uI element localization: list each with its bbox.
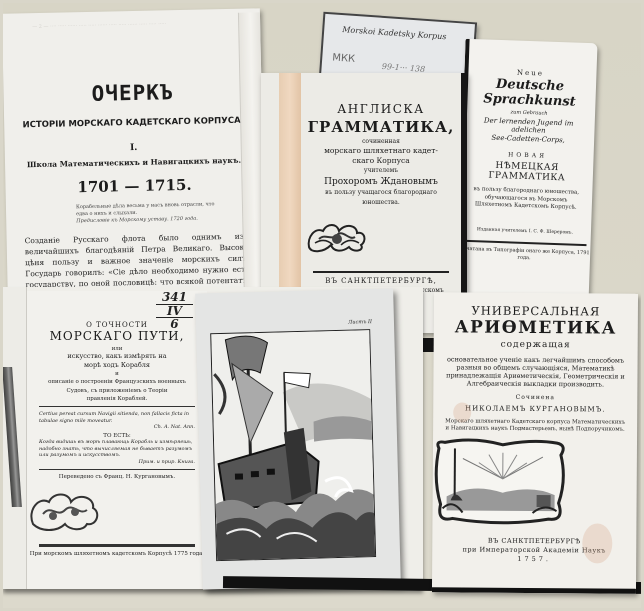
divider	[463, 240, 587, 246]
imprint: Печатана въ Типографіи онаго же Корпуса,…	[458, 245, 590, 264]
author-rank: Морскаго шляхетнаго Кадетскаго корпуса М…	[445, 418, 625, 434]
divider	[39, 406, 195, 407]
text-line: правленія Кораблей.	[27, 396, 207, 402]
text-line: Судовъ, съ приложеніемъ о Теоріи	[27, 388, 207, 394]
years: 1701 — 1715.	[5, 175, 263, 198]
handwriting: Morskoi Kadetsky Korpus	[342, 25, 447, 41]
shelf-mark: IV	[156, 305, 193, 319]
divider	[313, 271, 449, 273]
book-title: ОЧЕРКЪ	[3, 78, 261, 108]
title-main: МОРСКАГО ПУТИ,	[27, 330, 207, 344]
text-line: скаго Корпуса	[305, 157, 457, 166]
book-deutsche-sprachkunst: Neue Deutsche Sprachkunst zum Gebrauch D…	[456, 39, 597, 305]
sochinena: Сочинена	[433, 394, 637, 402]
russian-title: НѢМЕЦКАЯ ГРАММАТИКА	[461, 159, 594, 184]
shelf-mark: 341	[156, 291, 193, 305]
section-title: Школа Математическихъ и Навигацкихъ наук…	[5, 157, 263, 171]
book-title: Deutsche Sprachkunst	[463, 77, 596, 111]
book-ocherk-title-page: — 2 — ···· ····· ······ ····· ····· ····…	[3, 8, 266, 313]
description: основательное ученіе какъ легчайшимъ спо…	[445, 355, 625, 389]
russian-epigraph: Когда видишь въ морѣ плавающь Корабль и …	[27, 439, 207, 459]
plate-label: Листъ II	[348, 319, 372, 326]
engraving-plate: Листъ II	[195, 288, 401, 589]
foxing-stain	[453, 402, 471, 422]
text-line: искусство, какъ измѣрять на	[27, 353, 207, 360]
epigraph-source: Предисловіе къ Морскому уставу. 1720 год…	[76, 216, 198, 225]
shelf-mark: 6	[156, 318, 193, 331]
title-page-content: АНГЛИСКА ГРАММАТИКА, сочиненная морскаго…	[305, 73, 457, 302]
text-line: морѣ ходъ Корабля	[27, 362, 207, 369]
card-label: МКК	[332, 52, 356, 65]
book-o-tochnosti-morskago-puti: 341 IV 6 О ТОЧНОСТИ МОРСКАГО ПУТИ, или и…	[27, 291, 207, 589]
text-line: учителемъ	[305, 168, 457, 175]
translator: Переведено съ Франц. Н. Кургановымъ.	[27, 474, 207, 480]
bleed-through-text: — 2 — ···· ····· ······ ····· ····· ····…	[32, 19, 222, 31]
title-line-1: АНГЛИСКА	[305, 103, 457, 117]
divider	[39, 469, 195, 470]
epigraph: Корабельные дѣла весьма у насъ вновь отр…	[76, 201, 224, 225]
ornament-icon	[27, 490, 101, 532]
book-subtitle: ИСТОРІИ МОРСКАГО КАДЕТСКАГО КОРПУСА.	[4, 116, 262, 131]
city: ВЪ САНКТПЕТЕРБУРГѢ,	[305, 277, 457, 285]
editor: Изданная учителемъ I. С. Ф. Шереромъ.	[459, 226, 591, 236]
text-line: и	[27, 371, 207, 377]
latin-epigraph: Certius pereat cursum Navigii sitienda, …	[27, 411, 207, 424]
cover-edge	[432, 587, 636, 593]
author: Прохоромъ Ждановымъ	[305, 177, 457, 187]
vignette-icon	[432, 439, 567, 526]
title-line-3: содержащая	[434, 339, 638, 351]
text-line: юношества.	[305, 200, 457, 207]
latin-source: Ch. A. Nat. Ann.	[27, 424, 207, 431]
shelf-marks: 341 IV 6	[156, 291, 193, 331]
part-number: I.	[5, 140, 263, 156]
foxing-stain	[582, 523, 612, 563]
ship-engraving	[210, 329, 376, 561]
imprint: При морскомъ шляхетномъ кадетскомъ Корпу…	[27, 551, 207, 559]
ornament-icon	[305, 219, 369, 253]
text-line: описаніе о построеніи Французскихъ военн…	[27, 379, 207, 385]
title-line-2: ГРАММАТИКА,	[305, 119, 457, 136]
photo-frame: — 2 — ···· ····· ······ ····· ····· ····…	[3, 3, 641, 608]
title-line-2: АРИѲМЕТИКА	[434, 319, 638, 340]
book-universalnaya-arifmetika: УНИВЕРСАЛЬНАЯ АРИѲМЕТИКА содержащая осно…	[432, 292, 638, 593]
divider	[39, 544, 195, 547]
sailing-ship-icon	[211, 330, 376, 561]
russian-source: Прим. и прир. Книга.	[27, 459, 207, 466]
text-line: сочиненная	[305, 139, 457, 146]
description: въ пользу благороднаго юношества, обучаю…	[468, 186, 585, 212]
text-line: морскаго шляхетнаго кадет-	[305, 147, 457, 156]
text-line: въ пользу учащагося благороднаго	[305, 190, 457, 197]
